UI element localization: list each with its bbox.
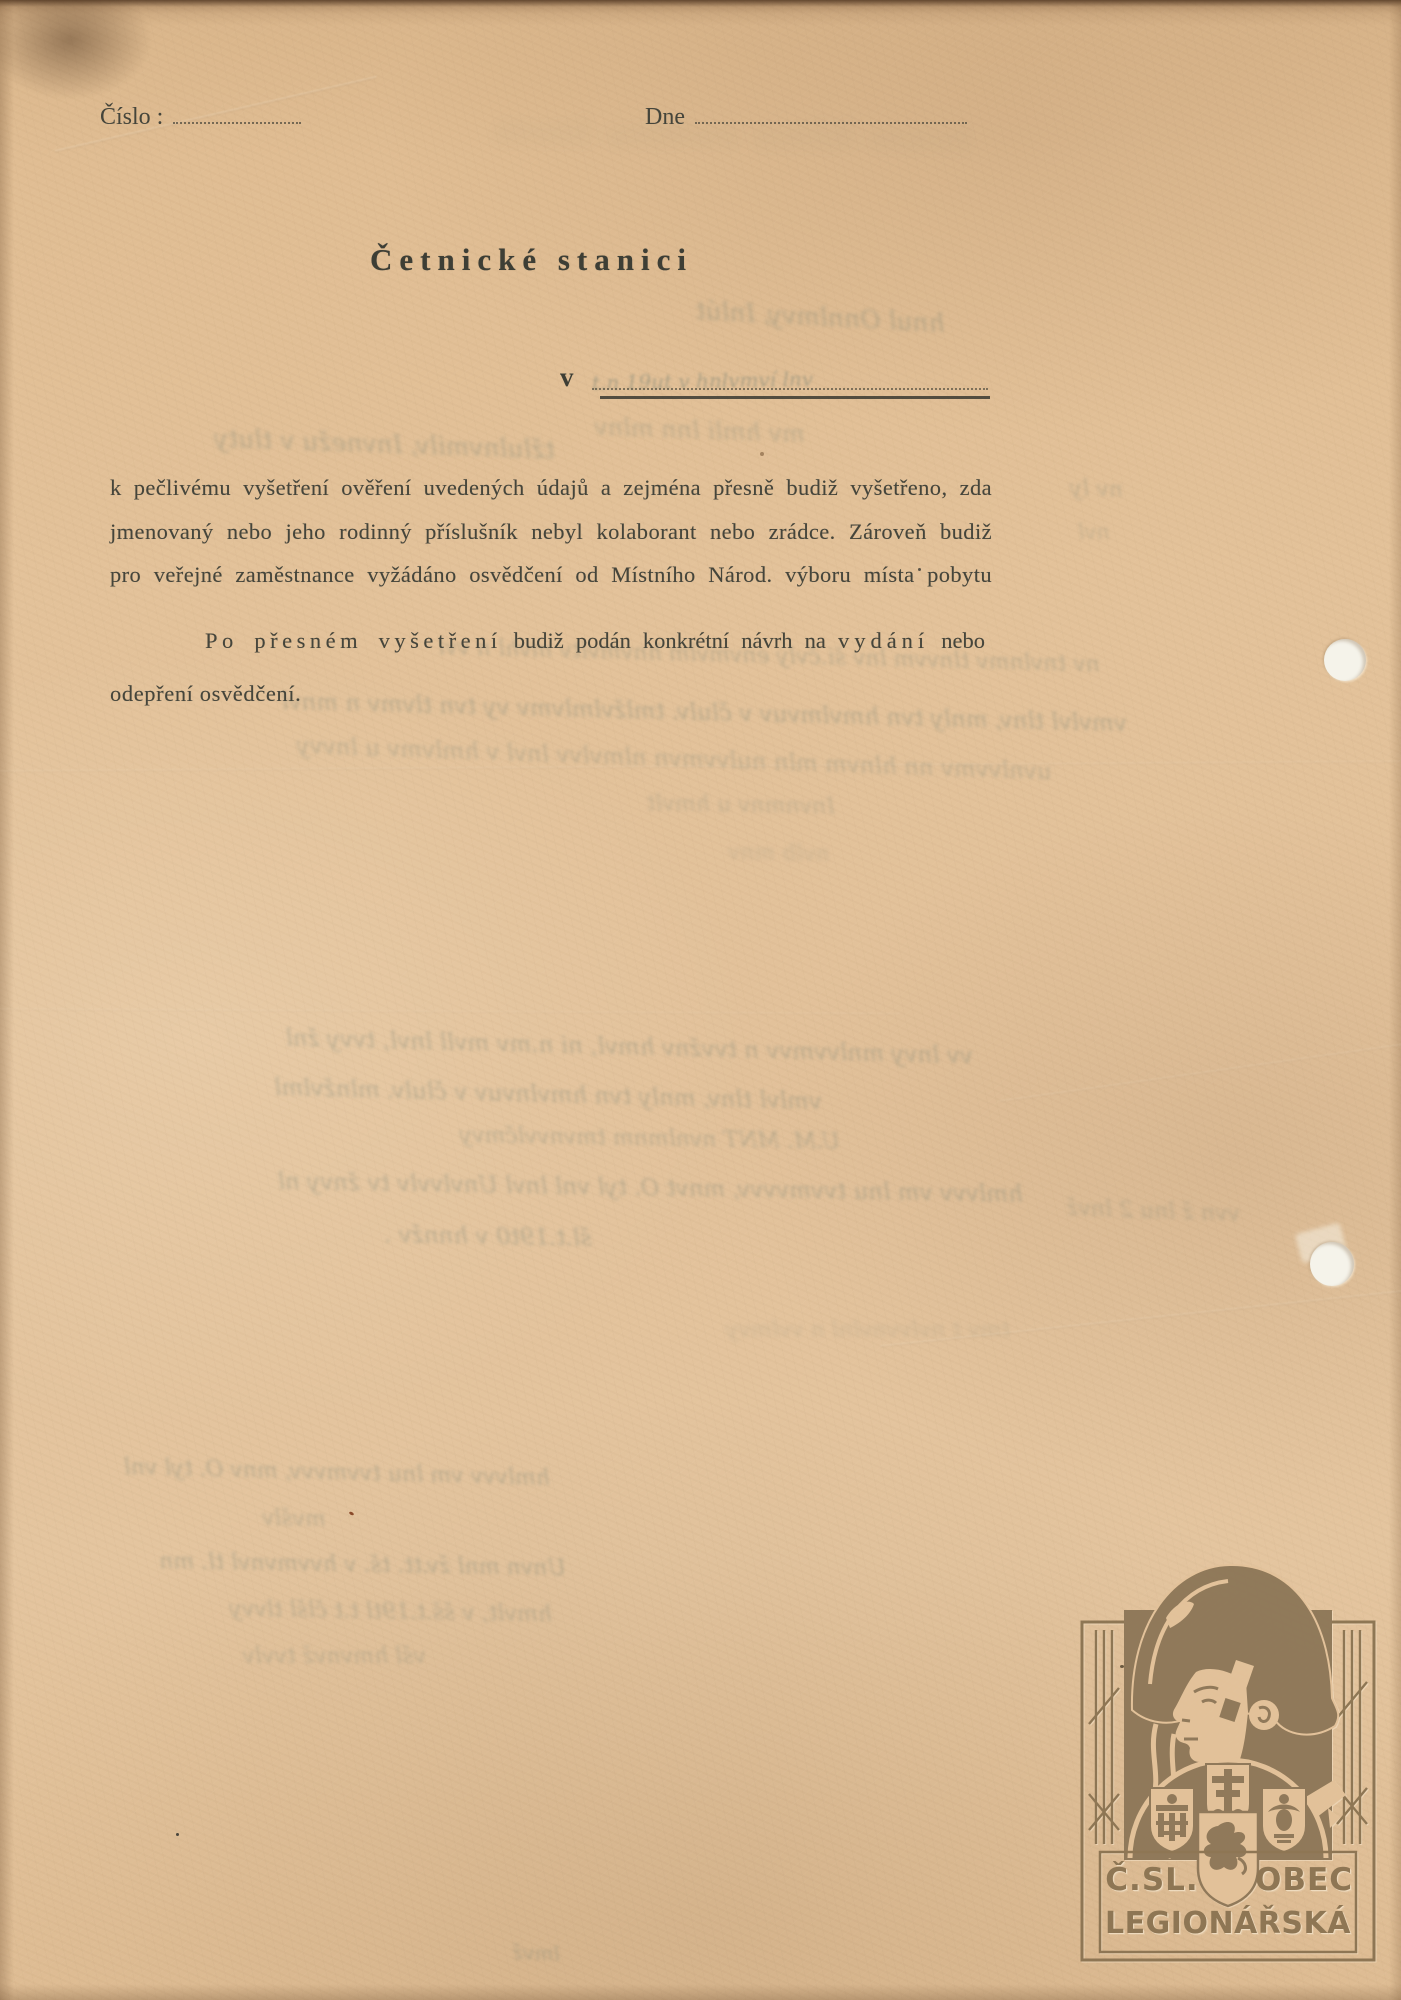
closing-spaced-lead: Po přesném vyšetření [205, 628, 502, 653]
paper-speck [349, 1511, 355, 1516]
paper-crease [0, 760, 1401, 773]
scan-edge-left [0, 0, 14, 2000]
logo-text-csl: Č.SL. [1100, 1862, 1204, 1898]
right-decorative-bars [1337, 1630, 1367, 1844]
scanned-document-page: tvnm hlmn vvmnu lnvmhnul Onnlmvy, Inlútt… [0, 0, 1401, 2000]
paper-crease [0, 1008, 900, 1016]
bleedthrough-line: hnul Onnlmvy, Inlút [599, 291, 945, 338]
bleedthrough-line: vvn ž lnu 2 lnvž [900, 1190, 1241, 1227]
body-paragraph: k pečlivému vyšetření ověření uvedených … [110, 466, 992, 597]
scan-edge-right [1389, 0, 1401, 2000]
left-decorative-bars [1089, 1630, 1119, 1844]
closing-tail: nebo [941, 628, 985, 653]
closing-middle: budiž podán konkrétní návrh na [514, 628, 826, 653]
closing-spaced-word: vydání [838, 628, 929, 653]
paper-crease [880, 1290, 1401, 1348]
punch-hole [1310, 1242, 1354, 1286]
bleedthrough-line: šl.t.19t0 v hnnžv . [172, 1218, 592, 1251]
bleedthrough-line: nvlb mnv [600, 838, 830, 867]
addressee-row: v [560, 362, 574, 393]
addressee-solid-rule [600, 396, 990, 399]
scan-edge-top [0, 0, 1401, 26]
paper-speck [176, 1833, 179, 1836]
bleedthrough-line: nv ly [1018, 474, 1124, 503]
legion-watermark-logo: Č.SL. OBEC LEGIONÁŘSKÁ [1078, 1512, 1378, 1964]
bleedthrough-line: uvnlvvmv nn hlnvm mln nulvvmvn nlmvlvv l… [172, 729, 1052, 786]
body-line: k pečlivému vyšetření ověření uvedených … [110, 466, 992, 510]
addressee-fill-line[interactable] [588, 388, 990, 400]
bleedthrough-line: mvšlv [196, 1505, 326, 1532]
date-row: Dne [645, 98, 967, 131]
bleedthrough-line: tmv t nvlvvnvlnl n vvlmvy [680, 1318, 1010, 1343]
number-fill-line[interactable] [173, 98, 301, 124]
bleedthrough-line: Invnmnv u hmvlt [545, 789, 835, 819]
logo-text-obec: OBEC [1252, 1862, 1356, 1898]
body-line: pro veřejné zaměstnance vyžádáno osvědče… [110, 553, 992, 597]
paper-crease [1000, 1043, 1401, 1103]
date-label: Dne [645, 104, 685, 130]
bleedthrough-line: tžlulnvmilv, Invnežu v tluty [125, 421, 556, 465]
bleedthrough-line: mv hmli lnn mlnv [565, 412, 806, 448]
date-fill-line[interactable] [695, 98, 967, 124]
bleedthrough-line: hmlvvv vm lnu tvvmvvv, mnv O. tyl vnl [90, 1454, 550, 1491]
logo-text-legionarska: LEGIONÁŘSKÁ [1100, 1906, 1356, 1941]
bleedthrough-line: hmlvvv vm lnu tvvmvvvv, mnvt O. tyl vnl … [128, 1166, 1023, 1208]
bleedthrough-line: hmvlt, v šš.t.19tl t.t člšl tlvvy [52, 1594, 552, 1628]
number-label: Číslo : [100, 104, 163, 130]
addressee-prefix: v [560, 362, 574, 392]
number-row: Číslo : [100, 98, 301, 131]
paper-speck [918, 568, 921, 571]
scan-edge-bottom [0, 1984, 1401, 2000]
bleedthrough-line: vmlvl tlnv, mnly tvn hmvlnvuv v člulv. m… [122, 1071, 822, 1115]
punch-hole [1324, 639, 1366, 681]
bleedthrough-line: vv lnvy mnlvvmvv n tvvžnv hmvl, ni n.mv … [98, 1021, 973, 1070]
bleedthrough-line: Unvn mnl žv.tt. tš. v hvvmvnvl tl. mn [86, 1548, 566, 1581]
body-line: jmenovaný nebo jeho rodinný příslušník n… [110, 510, 992, 554]
bleedthrough-line: všl hmvnvž tvvlv [226, 1644, 426, 1669]
paper-speck [760, 452, 764, 456]
closing-line-2: odepření osvědčení. [110, 681, 301, 707]
bleedthrough-line: lmvž [470, 1938, 561, 1965]
closing-line-1: Po přesném vyšetření budiž podán konkrét… [205, 626, 985, 656]
addressee-dotted-rule [592, 388, 988, 390]
bleedthrough-line: nvl [1040, 520, 1110, 544]
bleedthrough-line: U.M. MNT nvnlmnm tmvnvvlčmvy [420, 1122, 840, 1154]
document-heading: Četnické stanici [370, 242, 693, 278]
